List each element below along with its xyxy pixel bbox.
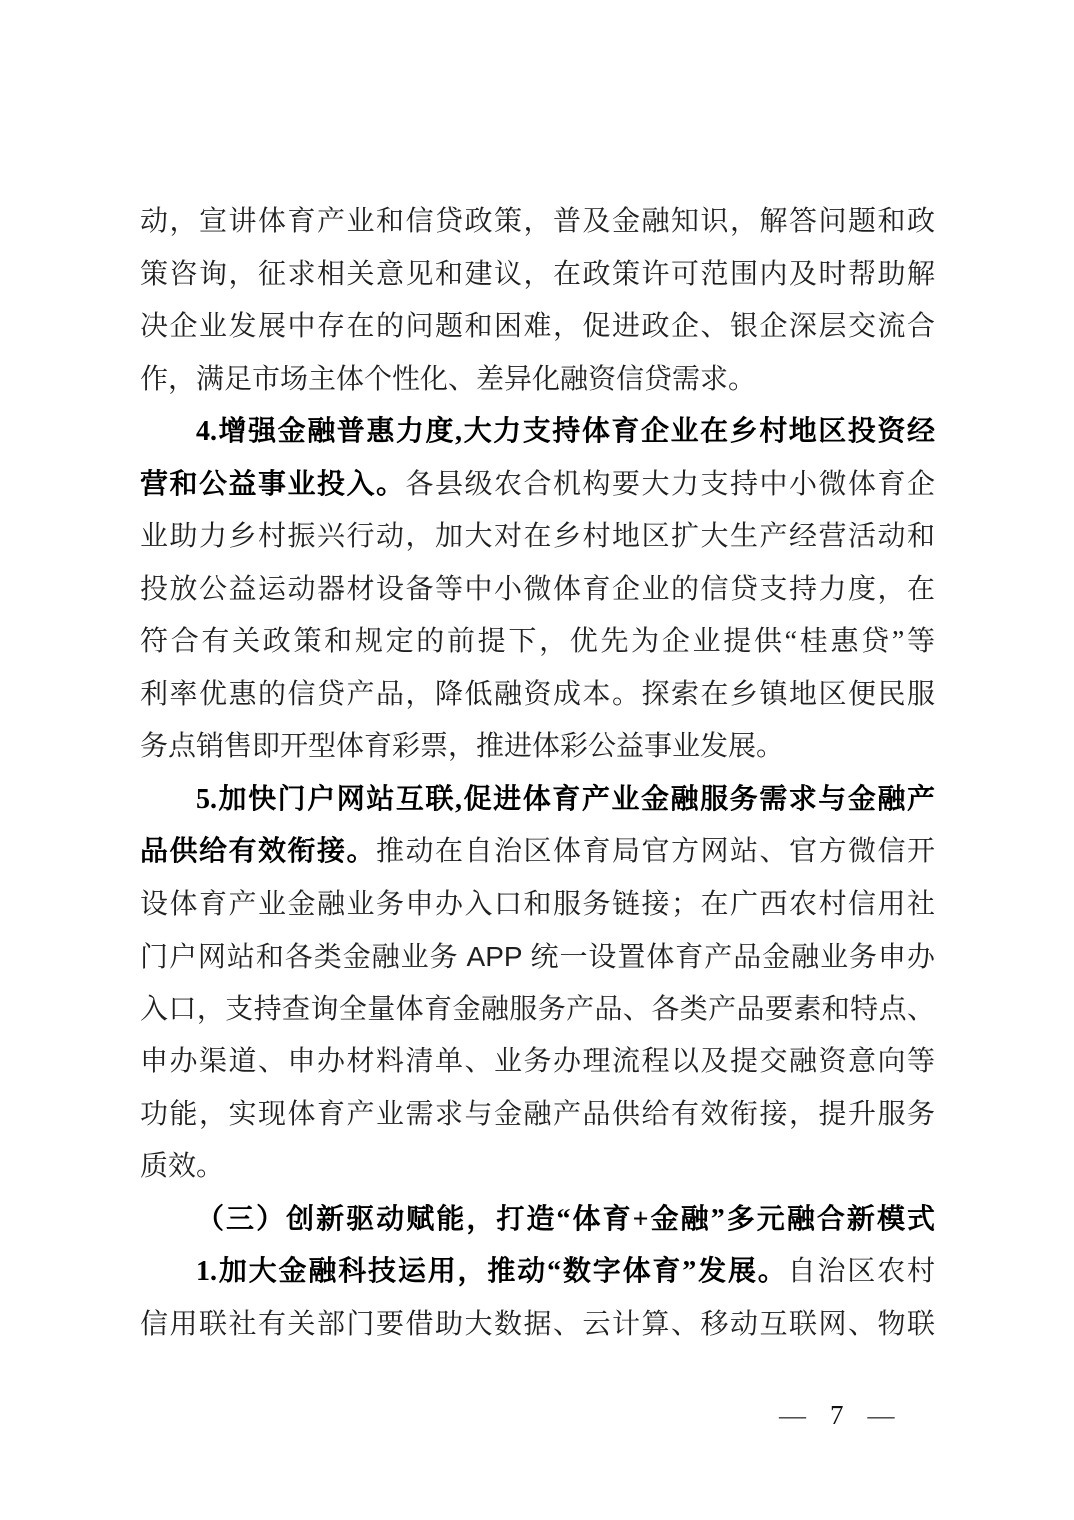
text-segment: 自治区农村 — [788, 1256, 935, 1287]
document-page: 动，宣讲体育产业和信贷政策，普及金融知识，解答问题和政策咨询，征求相关意见和建议… — [0, 0, 1074, 1520]
text-line: 品供给有效衔接。推动在自治区体育局官方网站、官方微信开 — [140, 826, 935, 879]
text-segment: 申办渠道、申办材料清单、业务办理流程以及提交融资意向等 — [140, 1046, 935, 1077]
text-line: 信用联社有关部门要借助大数据、云计算、移动互联网、物联 — [140, 1299, 935, 1352]
text-line: （三）创新驱动赋能，打造“体育+金融”多元融合新模式 — [140, 1194, 935, 1247]
text-segment: 策咨询，征求相关意见和建议，在政策许可范围内及时帮助解 — [140, 259, 935, 290]
text-segment: 各县级农合机构要大力支持中小微体育企 — [406, 469, 935, 500]
text-line: 动，宣讲体育产业和信贷政策，普及金融知识，解答问题和政 — [140, 196, 935, 249]
text-line: 作，满足市场主体个性化、差异化融资信贷需求。 — [140, 354, 935, 407]
text-line: 符合有关政策和规定的前提下，优先为企业提供“桂惠贷”等 — [140, 616, 935, 669]
text-segment: 功能，实现体育产业需求与金融产品供给有效衔接，提升服务 — [140, 1099, 935, 1130]
text-segment: 门户网站和各类金融业务 — [140, 942, 467, 973]
bold-text-segment: 营和公益事业投入。 — [140, 469, 406, 500]
text-segment: 业助力乡村振兴行动，加大对在乡村地区扩大生产经营活动和 — [140, 521, 935, 552]
bold-text-segment: 品供给有效衔接。 — [140, 836, 376, 867]
text-segment: 务点销售即开型体育彩票，推进体彩公益事业发展。 — [140, 731, 784, 762]
text-line: 4.增强金融普惠力度,大力支持体育企业在乡村地区投资经 — [140, 406, 935, 459]
text-segment: 质效。 — [140, 1151, 224, 1182]
text-line: 设体育产业金融业务申办入口和服务链接；在广西农村信用社 — [140, 879, 935, 932]
text-line: 入口，支持查询全量体育金融服务产品、各类产品要素和特点、 — [140, 984, 935, 1037]
text-segment: 入口，支持查询全量体育金融服务产品、各类产品要素和特点、 — [140, 994, 935, 1025]
text-line: 申办渠道、申办材料清单、业务办理流程以及提交融资意向等 — [140, 1036, 935, 1089]
text-line: 质效。 — [140, 1141, 935, 1194]
text-line: 务点销售即开型体育彩票，推进体彩公益事业发展。 — [140, 721, 935, 774]
bold-text-segment: （三）创新驱动赋能，打造“体育+金融”多元融合新模式 — [196, 1204, 935, 1235]
text-segment: 推动在自治区体育局官方网站、官方微信开 — [376, 836, 935, 867]
text-segment: 决企业发展中存在的问题和困难，促进政企、银企深层交流合 — [140, 311, 935, 342]
footer-dash-right: — — [868, 1400, 895, 1431]
text-segment: 统一设置体育产品金融业务申办 — [523, 942, 935, 973]
text-line: 业助力乡村振兴行动，加大对在乡村地区扩大生产经营活动和 — [140, 511, 935, 564]
bold-text-segment: 1.加大金融科技运用，推动“数字体育”发展。 — [196, 1256, 788, 1287]
text-line: 5.加快门户网站互联,促进体育产业金融服务需求与金融产 — [140, 774, 935, 827]
text-segment: 利率优惠的信贷产品，降低融资成本。探索在乡镇地区便民服 — [140, 679, 935, 710]
page-number: 7 — [830, 1400, 844, 1431]
page-footer: — 7 — — [779, 1400, 895, 1431]
text-line: 门户网站和各类金融业务 APP 统一设置体育产品金融业务申办 — [140, 931, 935, 984]
text-segment: 动，宣讲体育产业和信贷政策，普及金融知识，解答问题和政 — [140, 206, 935, 237]
text-line: 决企业发展中存在的问题和困难，促进政企、银企深层交流合 — [140, 301, 935, 354]
text-segment: APP — [467, 941, 523, 972]
text-segment: 投放公益运动器材设备等中小微体育企业的信贷支持力度，在 — [140, 574, 935, 605]
text-line: 利率优惠的信贷产品，降低融资成本。探索在乡镇地区便民服 — [140, 669, 935, 722]
text-line: 1.加大金融科技运用，推动“数字体育”发展。自治区农村 — [140, 1246, 935, 1299]
bold-text-segment: 5.加快门户网站互联,促进体育产业金融服务需求与金融产 — [196, 784, 935, 815]
text-segment: 设体育产业金融业务申办入口和服务链接；在广西农村信用社 — [140, 889, 935, 920]
footer-dash-left: — — [779, 1400, 806, 1431]
text-segment: 作，满足市场主体个性化、差异化融资信贷需求。 — [140, 364, 756, 395]
text-line: 功能，实现体育产业需求与金融产品供给有效衔接，提升服务 — [140, 1089, 935, 1142]
text-segment: 符合有关政策和规定的前提下，优先为企业提供“桂惠贷”等 — [140, 626, 935, 657]
text-line: 投放公益运动器材设备等中小微体育企业的信贷支持力度，在 — [140, 564, 935, 617]
text-segment: 信用联社有关部门要借助大数据、云计算、移动互联网、物联 — [140, 1309, 935, 1340]
document-body: 动，宣讲体育产业和信贷政策，普及金融知识，解答问题和政策咨询，征求相关意见和建议… — [140, 196, 935, 1351]
text-line: 策咨询，征求相关意见和建议，在政策许可范围内及时帮助解 — [140, 249, 935, 302]
bold-text-segment: 4.增强金融普惠力度,大力支持体育企业在乡村地区投资经 — [196, 416, 935, 447]
text-line: 营和公益事业投入。各县级农合机构要大力支持中小微体育企 — [140, 459, 935, 512]
